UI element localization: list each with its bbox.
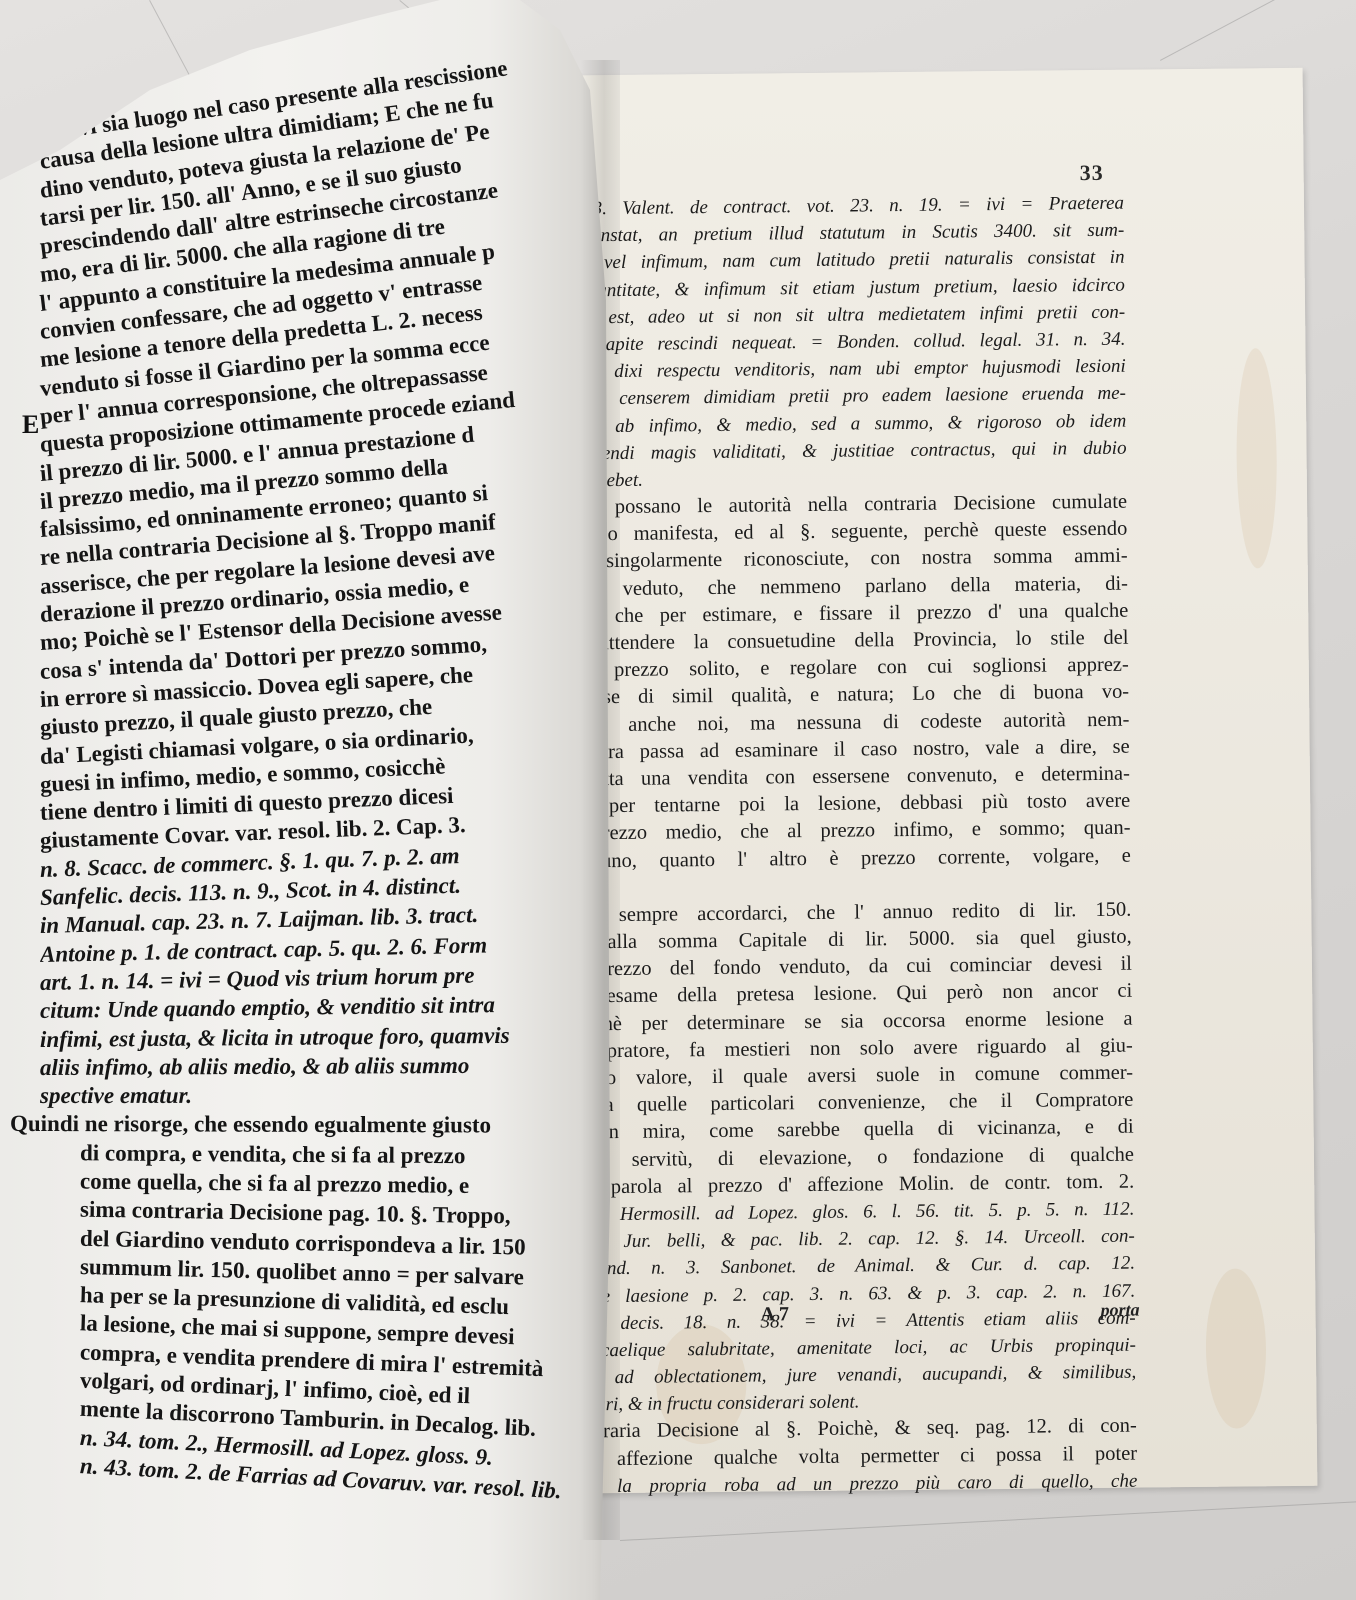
text-line: infimi, est justa, & licita in utroque f… (40, 1021, 600, 1054)
signature-mark: A 7 (760, 1303, 789, 1326)
text-line: spective ematur. (40, 1082, 600, 1111)
text-line: citum: Unde quando emptio, & venditio si… (40, 990, 600, 1026)
foxing-stain (1235, 348, 1277, 568)
text-line: ramente la propria roba ad un prezzo più… (537, 1467, 1137, 1500)
left-page-text: che vi sia luogo nel caso presente alla … (40, 120, 600, 1478)
text-line: di compra, e vendita, che si fa al prezz… (80, 1139, 640, 1171)
background-vein (1160, 0, 1356, 61)
left-page: che vi sia luogo nel caso presente alla … (0, 0, 610, 1600)
spine-shadow (580, 60, 620, 1540)
page-number: 33 (1080, 160, 1104, 186)
paragraph-initial: E (22, 410, 39, 440)
catchword: porta (1100, 1300, 1139, 1321)
text-line: aliis infimo, ab aliis medio, & ab aliis… (40, 1051, 600, 1082)
background-vein (620, 1501, 1356, 1541)
text-line: Quindi ne risorge, che essendo egualment… (10, 1110, 570, 1140)
foxing-stain (1205, 1268, 1267, 1429)
